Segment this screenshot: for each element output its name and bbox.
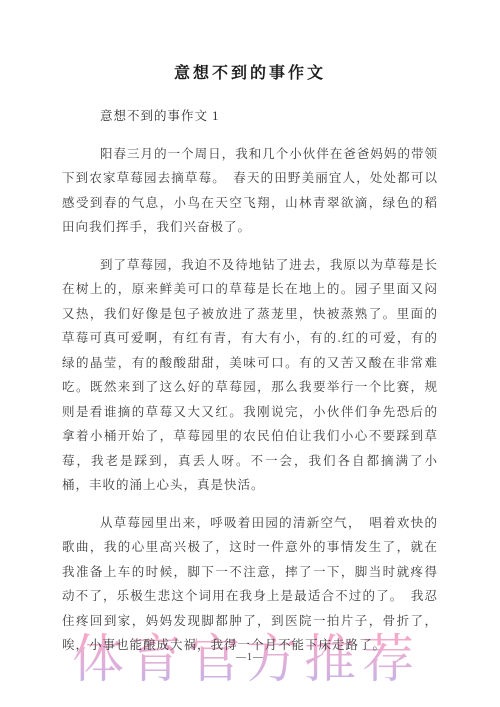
essay-paragraph-1: 阳春三月的一个周日，我和几个小伙伴在爸爸妈妈的带领下到农家草莓园去摘草莓。 春天… bbox=[62, 142, 438, 240]
essay-subtitle: 意想不到的事作文 1 bbox=[62, 104, 438, 129]
essay-paragraph-3: 从草莓园里出来，呼吸着田园的清新空气， 唱着欢快的歌曲，我的心里高兴极了，这时一… bbox=[62, 511, 438, 658]
page-title: 意想不到的事作文 bbox=[0, 0, 500, 83]
page-number: —1— bbox=[0, 652, 500, 663]
essay-content: 意想不到的事作文 1 阳春三月的一个周日，我和几个小伙伴在爸爸妈妈的带领下到农家… bbox=[62, 104, 438, 658]
document-page: 意想不到的事作文 意想不到的事作文 1 阳春三月的一个周日，我和几个小伙伴在爸爸… bbox=[0, 0, 500, 707]
essay-paragraph-2: 到了草莓园，我迫不及待地钻了进去，我原以为草莓是长在树上的，原来鲜美可口的草莓是… bbox=[62, 253, 438, 498]
